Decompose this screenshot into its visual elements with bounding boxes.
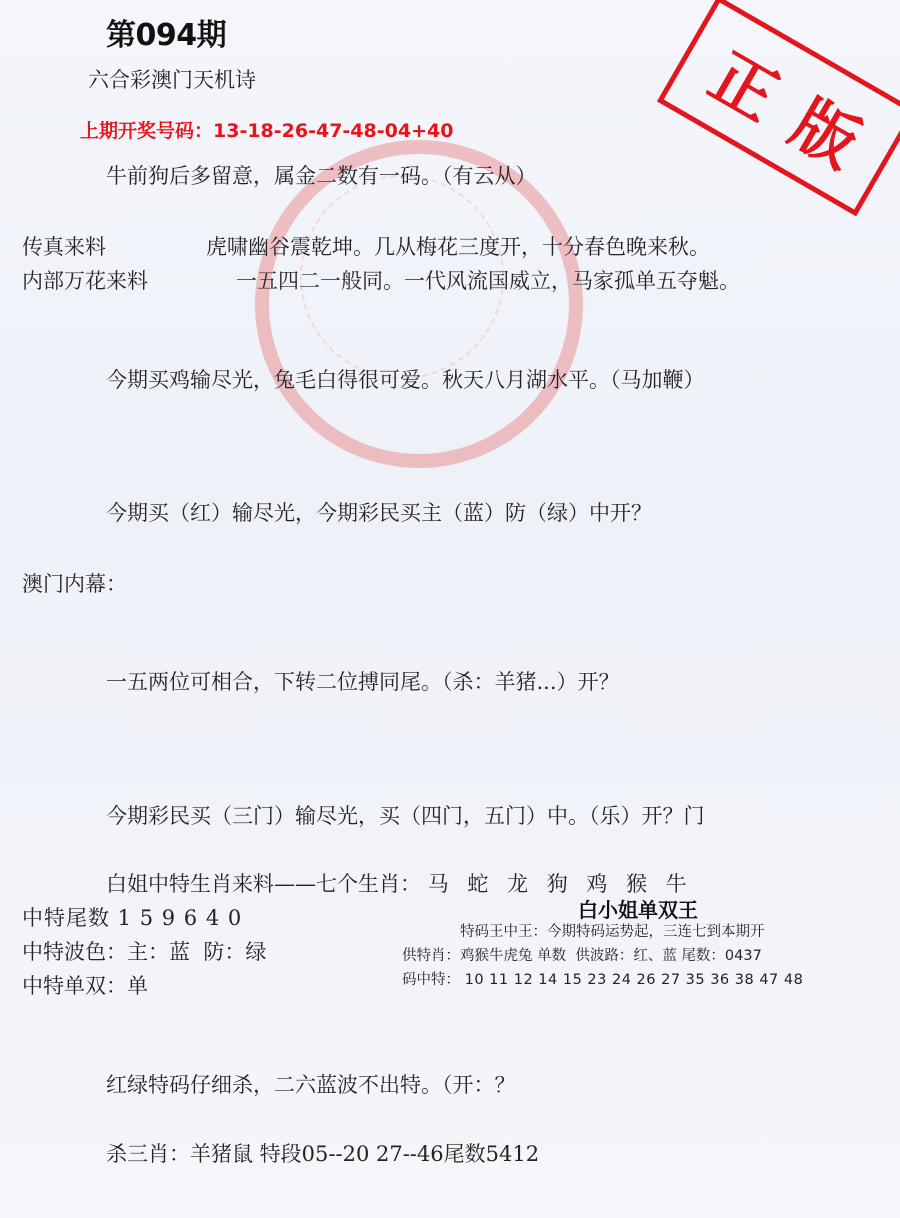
poem-line-1: 牛前狗后多留意，属金二数有一码。（有云从） (106, 160, 537, 190)
inner-label: 内部万花来料 (22, 265, 148, 295)
macau-text: 一五两位可相合，下转二位搏同尾。（杀：羊猪...）开？ (106, 666, 620, 696)
doors-line: 今期彩民买（三门）输尽光，买（四门，五门）中。（乐）开？门 (106, 800, 705, 830)
zodiac-list: 马 蛇 龙 狗 鸡 猴 牛 (428, 872, 693, 896)
wave-color: 中特波色：主：蓝 防：绿 (22, 936, 266, 966)
stamp-char-2: 版 (777, 74, 878, 186)
kill-three-line: 杀三肖：羊猪鼠 特段05--20 27--46尾数5412 (106, 1138, 539, 1168)
chicken-line: 今期买鸡输尽光，兔毛白得很可爱。秋天八月湖水平。（马加鞭） (106, 364, 705, 394)
authentic-stamp: 正 版 (657, 0, 900, 216)
red-green-line: 红绿特码仔细杀，二六蓝波不出特。（开：？ (106, 1069, 516, 1099)
fax-label: 传真来料 (22, 231, 106, 261)
color-hint-line: 今期买（红）输尽光，今期彩民买主（蓝）防（绿）中开？ (106, 497, 652, 527)
box-line-2: 供特肖：鸡猴牛虎兔 单数 供波路：红、蓝 尾数：0437 (402, 944, 762, 965)
box-title: 白小姐单双王 (578, 894, 698, 923)
macau-label: 澳门内幕： (22, 568, 127, 598)
issue-number: 第094期 (106, 10, 226, 54)
inner-text: 一五四二一般同。一代风流国威立，马家孤单五夺魁。 (236, 265, 740, 295)
last-draw-result: 上期开奖号码：13-18-26-47-48-04+40 (80, 116, 453, 143)
document-title: 六合彩澳门天机诗 (88, 64, 256, 94)
box-line-3-numbers: 10 11 12 14 15 23 24 26 27 35 36 38 47 4… (465, 972, 804, 988)
odd-even: 中特单双：单 (22, 970, 148, 1000)
box-line-3: 码中特： 10 11 12 14 15 23 24 26 27 35 36 38… (402, 968, 803, 989)
stamp-char-1: 正 (696, 27, 797, 139)
zodiac-source-label: 白姐中特生肖来料——七个生肖： (106, 872, 421, 896)
fax-text: 虎啸幽谷震乾坤。几从梅花三度开，十分春色晚来秋。 (206, 231, 710, 261)
box-line-3-label: 码中特： (402, 972, 460, 988)
box-line-1: 特码王中王：今期特码运势起，三连七到本期开 (460, 920, 765, 941)
tail-numbers: 中特尾数 1 5 9 6 4 0 (22, 902, 242, 932)
